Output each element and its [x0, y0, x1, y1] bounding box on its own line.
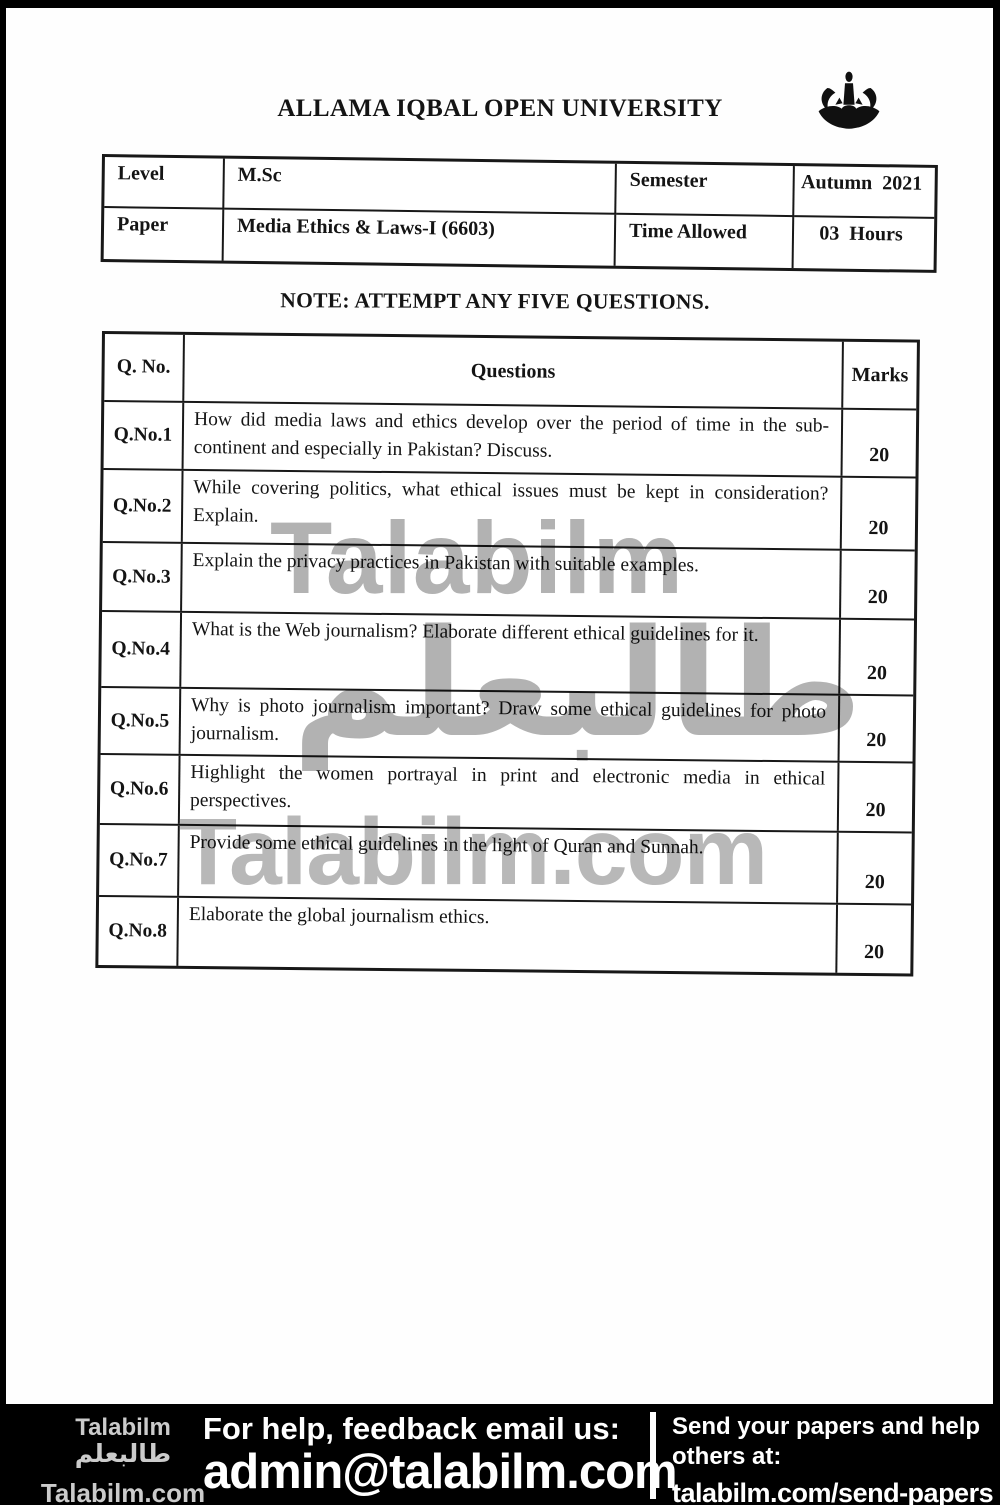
info-value-time-allowed: 03 Hours [794, 217, 935, 270]
footer-brand-site: Talabilm.com [28, 1478, 218, 1505]
table-row-q3: Q.No.3 Explain the privacy practices in … [102, 541, 915, 618]
question-text: What is the Web journalism? Elaborate di… [181, 613, 841, 694]
qno-label: Q.No.8 [98, 897, 179, 966]
table-row-q5: Q.No.5 Why is photo journalism important… [101, 686, 914, 761]
qno-label: Q.No.5 [101, 688, 182, 754]
scanned-exam-paper-view: { "header": { "university": "ALLAMA IQBA… [0, 0, 1000, 1505]
marks-value: 20 [840, 696, 914, 762]
qno-label: Q.No.3 [102, 543, 183, 611]
footer-email-link[interactable]: admin@talabilm.com [203, 1448, 643, 1497]
info-label-level: Level [104, 157, 225, 210]
qno-label: Q.No.6 [100, 755, 181, 824]
questions-table: Q. No. Questions Marks Q.No.1 How did me… [95, 331, 920, 977]
info-value-paper: Media Ethics & Laws-I (6603) [224, 210, 617, 266]
header-questions: Questions [184, 335, 844, 408]
table-row-q2: Q.No.2 While covering politics, what eth… [103, 468, 916, 549]
info-label-semester: Semester [616, 164, 795, 217]
marks-value: 20 [839, 763, 913, 832]
question-text: How did media laws and ethics develop ov… [184, 403, 844, 476]
marks-value: 20 [843, 410, 917, 477]
header-marks: Marks [843, 342, 917, 409]
footer-brand-arabic: طالبعلم [28, 1440, 218, 1469]
marks-value: 20 [840, 620, 914, 695]
footer-brand-name: Talabilm [28, 1416, 218, 1440]
marks-value: 20 [841, 551, 915, 619]
footer-help-block: For help, feedback email us: admin@talab… [203, 1412, 643, 1497]
table-row-q7: Q.No.7 Provide some ethical guidelines i… [99, 823, 912, 903]
question-text: Provide some ethical guidelines in the l… [179, 826, 839, 903]
info-value-semester: Autumn 2021 [794, 166, 935, 219]
qno-label: Q.No.7 [99, 825, 180, 896]
table-row-q4: Q.No.4 What is the Web journalism? Elabo… [101, 610, 914, 694]
site-footer: Talabilm طالبعلم Talabilm.com For help, … [0, 1404, 1000, 1505]
info-label-time-allowed: Time Allowed [616, 215, 795, 268]
table-row-q1: Q.No.1 How did media laws and ethics dev… [104, 400, 917, 476]
table-row-q6: Q.No.6 Highlight the women portrayal in … [100, 753, 913, 831]
marks-value: 20 [837, 905, 911, 974]
footer-send-block: Send your papers and help others at: tal… [672, 1412, 997, 1505]
footer-send-line2: others at: [672, 1442, 997, 1472]
marks-value: 20 [838, 833, 912, 904]
aiou-emblem-icon [806, 68, 892, 148]
question-text: Why is photo journalism important? Draw … [181, 689, 841, 761]
qno-label: Q.No.4 [101, 612, 182, 687]
questions-header-row: Q. No. Questions Marks [104, 334, 917, 408]
info-value-level: M.Sc [224, 159, 617, 215]
question-text: Elaborate the global journalism ethics. [178, 898, 838, 973]
question-text: Highlight the women portrayal in print a… [180, 756, 840, 831]
footer-brand-block: Talabilm طالبعلم Talabilm.com [28, 1416, 218, 1505]
footer-divider [650, 1412, 656, 1499]
exam-info-table: Level M.Sc Semester Autumn 2021 Paper Me… [101, 154, 938, 273]
footer-send-papers-link[interactable]: talabilm.com/send-papers [672, 1478, 997, 1505]
info-label-paper: Paper [104, 208, 225, 261]
table-row-q8: Q.No.8 Elaborate the global journalism e… [98, 895, 911, 973]
footer-send-line1: Send your papers and help [672, 1412, 997, 1442]
question-text: Explain the privacy practices in Pakista… [182, 544, 842, 618]
attempt-note: NOTE: ATTEMPT ANY FIVE QUESTIONS. [0, 287, 990, 315]
qno-label: Q.No.1 [104, 402, 185, 469]
marks-value: 20 [842, 478, 916, 550]
question-text: While covering politics, what ethical is… [183, 471, 843, 549]
footer-help-line: For help, feedback email us: [203, 1412, 643, 1446]
header-qno: Q. No. [104, 334, 185, 401]
qno-label: Q.No.2 [103, 470, 184, 542]
